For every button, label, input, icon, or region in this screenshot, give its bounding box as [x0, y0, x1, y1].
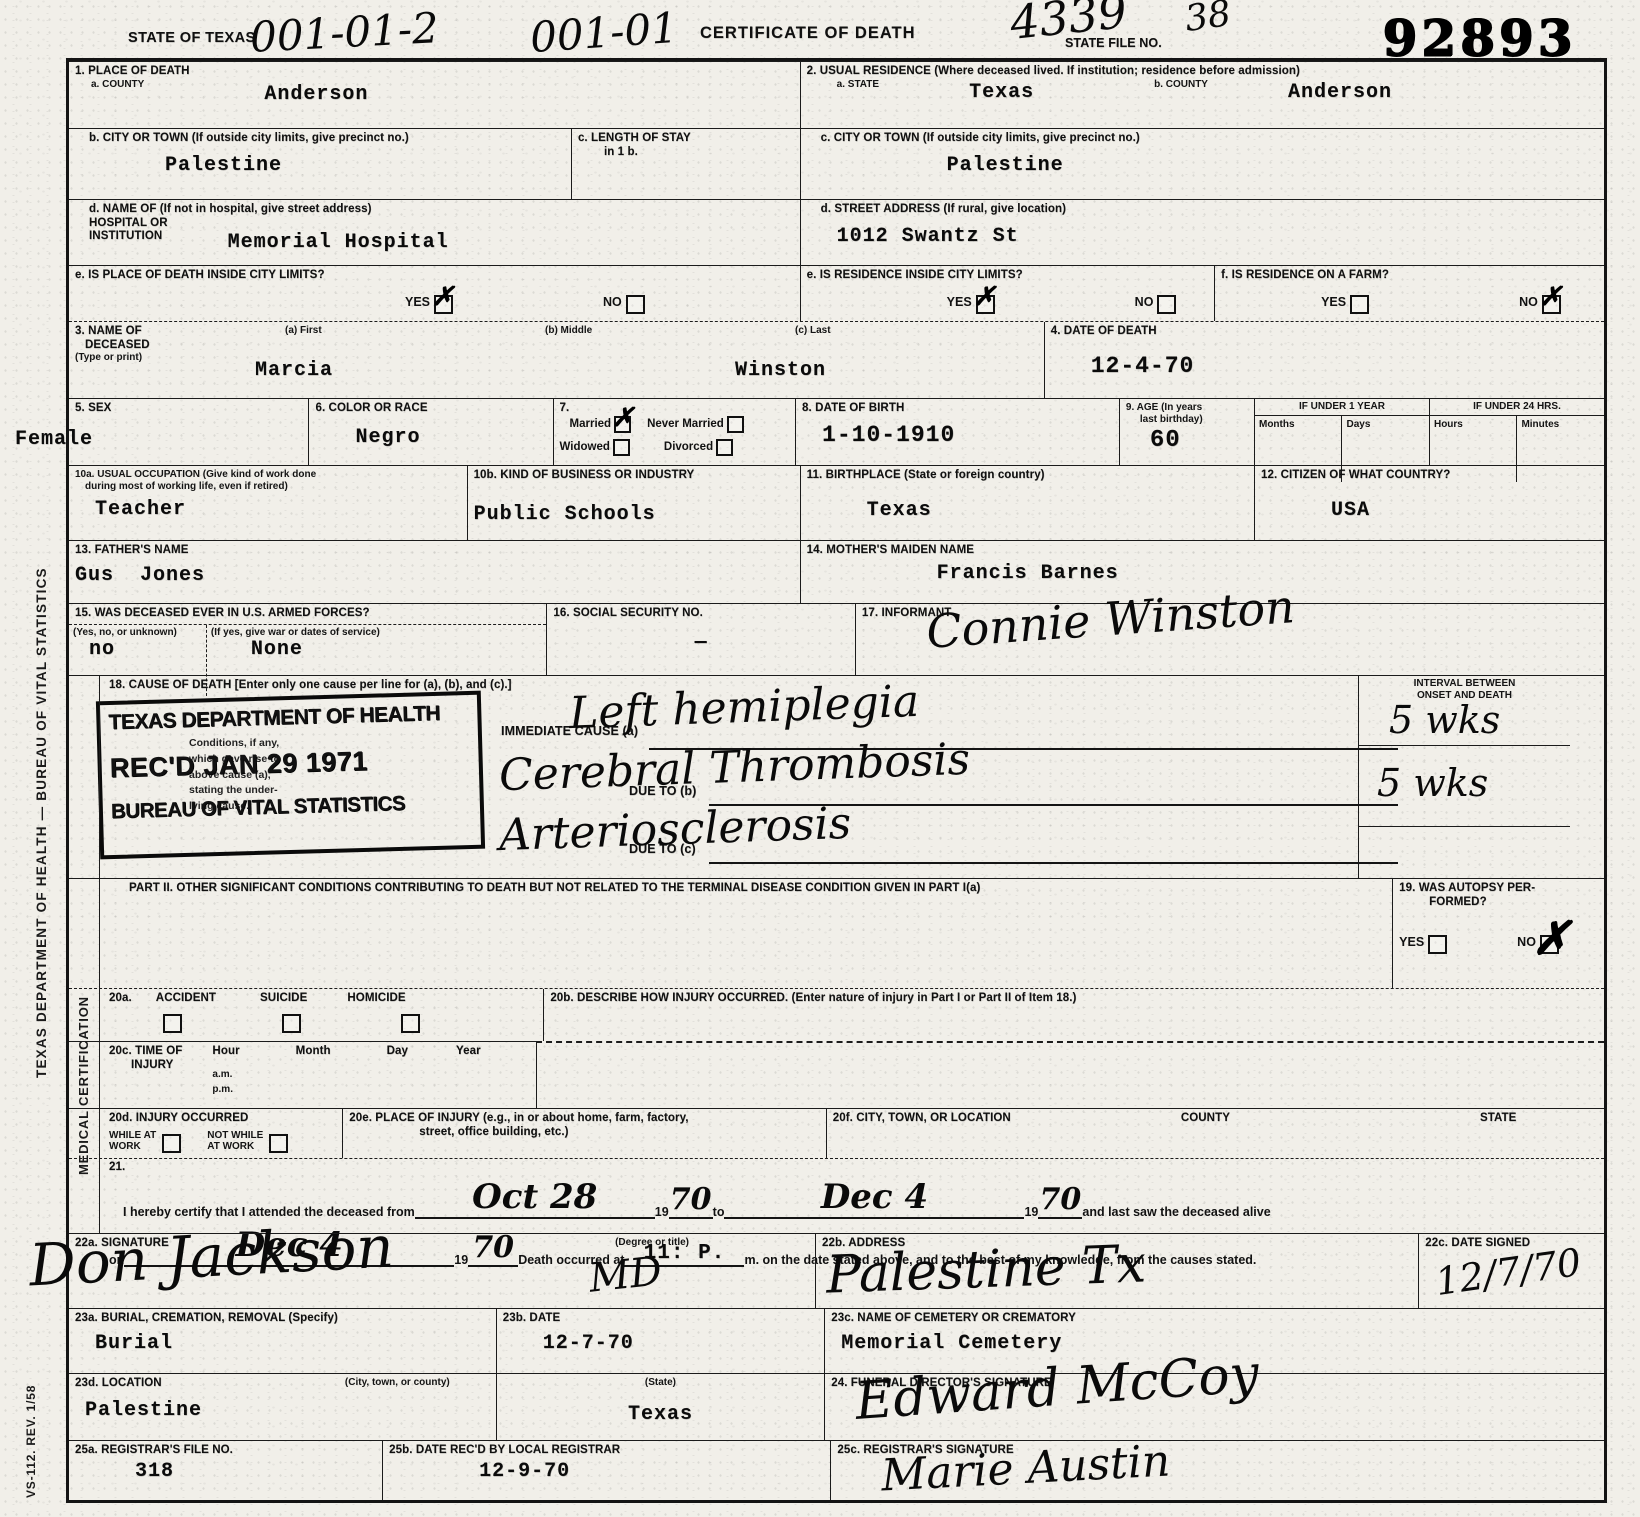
- burial-date-label: 23b. DATE: [503, 1312, 818, 1326]
- injury-county-label: COUNTY: [1181, 1112, 1230, 1126]
- margin-form-number: VS-112. REV. 1/58: [24, 1288, 38, 1498]
- date-of-death-value: 12-4-70: [1091, 353, 1598, 379]
- row-injury-place: 20d. INJURY OCCURRED WHILE AT WORK NOT W…: [69, 1108, 1604, 1158]
- field-residence-farm: f. IS RESIDENCE ON A FARM? YES NO ✗: [1214, 266, 1604, 321]
- sex-value: Female: [15, 428, 302, 451]
- residence-county-label: b. COUNTY: [1154, 79, 1208, 104]
- residence-farm-label: f. IS RESIDENCE ON A FARM?: [1221, 269, 1598, 283]
- field-burial-location-state: (State) Texas: [496, 1374, 824, 1440]
- death-city-label: b. CITY OR TOWN (If outside city limits,…: [89, 132, 565, 146]
- field-describe-injury-cont: [536, 1041, 1604, 1108]
- describe-injury-label: 20b. DESCRIBE HOW INJURY OCCURRED. (Ente…: [550, 992, 1598, 1006]
- row-time-of-injury: 20c. TIME OF INJURY Hour a.m. p.m. Month…: [69, 1041, 1604, 1108]
- race-label: 6. COLOR OR RACE: [315, 402, 546, 416]
- last-name-value: Winston: [735, 359, 831, 382]
- received-stamp: TEXAS DEPARTMENT OF HEALTH REC'D JAN 29 …: [96, 691, 485, 860]
- divorced-label: Divorced: [664, 441, 713, 453]
- row-burial: 23a. BURIAL, CREMATION, REMOVAL (Specify…: [69, 1308, 1604, 1373]
- death-limits-yes-checkbox: ✗: [434, 295, 453, 314]
- field-occupation: 10a. USUAL OCCUPATION (Give kind of work…: [69, 466, 467, 540]
- field-age: 9. AGE (In years last birthday) 60: [1119, 399, 1254, 465]
- f20a-label: 20a.: [109, 992, 132, 1006]
- under-1-year-label: IF UNDER 1 YEAR: [1255, 399, 1429, 416]
- stamp-line2: REC'D JAN 29 1971: [109, 743, 471, 784]
- location-city-value: Palestine: [85, 1399, 490, 1422]
- field-physician-address: 22b. ADDRESS Palestine Tx: [815, 1234, 1418, 1308]
- row-registrar: 25a. REGISTRAR'S FILE NO. 318 25b. DATE …: [69, 1440, 1604, 1500]
- name-label: 3. NAME OF: [75, 325, 225, 339]
- location-state-value: Texas: [503, 1403, 818, 1426]
- suicide-checkbox: [282, 1014, 301, 1033]
- death-city-value: Palestine: [165, 154, 565, 177]
- death-limits-no-label: NO: [603, 295, 622, 314]
- married-mark: ✗: [612, 403, 634, 433]
- length-of-stay-sublabel: in 1 b.: [604, 146, 794, 160]
- not-while-checkbox: [269, 1134, 288, 1153]
- pen-code-right: 001-01: [528, 3, 679, 62]
- from-year-value: 70: [670, 1182, 712, 1217]
- pen-top-right: 38: [1182, 0, 1233, 40]
- accident-label: ACCIDENT: [156, 992, 216, 1006]
- registrar-date-value: 12-9-70: [479, 1460, 824, 1483]
- field-marital-status: 7. Married ✗ Never Married Widowed Divor…: [553, 399, 796, 465]
- field-injury-occurred: 20d. INJURY OCCURRED WHILE AT WORK NOT W…: [69, 1109, 342, 1158]
- age-value: 60: [1150, 427, 1248, 454]
- sex-label: 5. SEX: [75, 402, 302, 416]
- residence-county-value: Anderson: [1288, 81, 1392, 104]
- not-while-label1: NOT WHILE: [207, 1130, 263, 1142]
- attended-from-value: Oct 28: [472, 1177, 597, 1217]
- father-value: Gus Jones: [75, 564, 794, 587]
- to-year-blank: 70: [1038, 1182, 1082, 1219]
- field-informant: 17. INFORMANT Connie Winston: [855, 604, 1604, 675]
- field-if-under-1-year: IF UNDER 1 YEAR Months Days: [1254, 399, 1429, 465]
- place-of-death-label: 1. PLACE OF DEATH: [75, 65, 794, 79]
- armed-forces-sub1: (Yes, no, or unknown): [73, 627, 202, 639]
- suicide-label: SUICIDE: [260, 992, 307, 1006]
- birthplace-label: 11. BIRTHPLACE (State or foreign country…: [807, 469, 1248, 483]
- while-at-work-label2: WORK: [109, 1141, 156, 1153]
- married-checkbox: ✗: [614, 416, 631, 433]
- row-physician-signature: 22a. SIGNATURE (Degree or title) Don Jac…: [69, 1233, 1604, 1308]
- row-accident: 20a. ACCIDENT SUICIDE HOMICIDE 20b. DESC…: [69, 988, 1604, 1041]
- death-city-limits-label: e. IS PLACE OF DEATH INSIDE CITY LIMITS?: [75, 269, 794, 283]
- registrar-file-label: 25a. REGISTRAR'S FILE NO.: [75, 1444, 376, 1458]
- field-date-signed: 22c. DATE SIGNED 12/7/70: [1418, 1234, 1604, 1308]
- mother-label: 14. MOTHER'S MAIDEN NAME: [807, 544, 1598, 558]
- usual-residence-label: 2. USUAL RESIDENCE (Where deceased lived…: [807, 65, 1598, 79]
- residence-state-value: Texas: [969, 81, 1034, 104]
- location-city-sublabel: (City, town, or county): [345, 1377, 450, 1391]
- state-of-texas-label: STATE OF TEXAS: [128, 30, 256, 47]
- interval-label: INTERVAL BETWEEN: [1359, 678, 1570, 690]
- widowed-label: Widowed: [560, 441, 610, 453]
- row-cause-of-death: 18. CAUSE OF DEATH [Enter only one cause…: [69, 675, 1604, 878]
- residence-limits-label: e. IS RESIDENCE INSIDE CITY LIMITS?: [807, 269, 1208, 283]
- never-married-label: Never Married: [647, 418, 724, 430]
- widowed-checkbox: [613, 439, 630, 456]
- field-death-city-limits: e. IS PLACE OF DEATH INSIDE CITY LIMITS?…: [69, 266, 800, 321]
- attended-to-blank: Dec 4: [724, 1177, 1024, 1219]
- name-label3: (Type or print): [75, 352, 225, 364]
- age-label2: last birthday): [1140, 414, 1248, 426]
- from-year-blank: 70: [669, 1182, 713, 1219]
- autopsy-yes-checkbox: [1428, 935, 1447, 954]
- field-name-of-deceased: 3. NAME OF DECEASED (Type or print) (a) …: [69, 322, 1044, 398]
- attended-from-blank: Oct 28: [415, 1177, 655, 1219]
- marital-label: 7.: [560, 402, 790, 416]
- month-label: Month: [296, 1045, 331, 1096]
- burial-date-value: 12-7-70: [543, 1332, 818, 1355]
- birthplace-value: Texas: [867, 499, 1248, 522]
- medical-certification-strip: MEDICAL CERTIFICATION: [69, 675, 100, 1233]
- occupation-label2: during most of working life, even if ret…: [85, 481, 461, 493]
- field-date-of-birth: 8. DATE OF BIRTH 1-10-1910: [795, 399, 1119, 465]
- medical-certification-label: MEDICAL CERTIFICATION: [76, 735, 91, 1175]
- interval-a-value: 5 wks: [1389, 698, 1500, 742]
- physician-degree-value: MD: [587, 1248, 664, 1301]
- death-limits-no-checkbox: [626, 295, 645, 314]
- date-of-death-label: 4. DATE OF DEATH: [1051, 325, 1598, 339]
- hospital-label: d. NAME OF (If not in hospital, give str…: [89, 203, 794, 217]
- while-at-work-checkbox: [162, 1134, 181, 1153]
- residence-limits-no-label: NO: [1135, 295, 1154, 314]
- attended-to-value: Dec 4: [821, 1177, 928, 1217]
- field-residence-city: c. CITY OR TOWN (If outside city limits,…: [800, 129, 1604, 199]
- margin-department-text: TEXAS DEPARTMENT OF HEALTH — BUREAU OF V…: [34, 228, 49, 1078]
- first-name-value: Marcia: [255, 359, 445, 382]
- field-usual-residence: 2. USUAL RESIDENCE (Where deceased lived…: [800, 62, 1604, 128]
- field-describe-injury: 20b. DESCRIBE HOW INJURY OCCURRED. (Ente…: [543, 989, 1604, 1041]
- citizen-label: 12. CITIZEN OF WHAT COUNTRY?: [1261, 469, 1598, 483]
- married-label: Married: [570, 418, 612, 430]
- row-hospital-street: d. NAME OF (If not in hospital, give str…: [69, 199, 1604, 265]
- hour-label: Hour: [212, 1045, 239, 1059]
- hospital-value: Memorial Hospital: [228, 231, 449, 254]
- death-certificate-scan: TEXAS DEPARTMENT OF HEALTH — BUREAU OF V…: [0, 0, 1640, 1517]
- row-part2-autopsy: PART II. OTHER SIGNIFICANT CONDITIONS CO…: [69, 878, 1604, 988]
- homicide-label: HOMICIDE: [347, 992, 405, 1006]
- field-if-under-24-hrs: IF UNDER 24 HRS. Hours Minutes: [1429, 399, 1604, 465]
- field-injury-city: 20f. CITY, TOWN, OR LOCATION COUNTY STAT…: [826, 1109, 1604, 1158]
- farm-yes-label: YES: [1321, 295, 1346, 314]
- business-label: 10b. KIND OF BUSINESS OR INDUSTRY: [474, 469, 794, 483]
- location-state-sublabel: (State): [503, 1377, 818, 1389]
- not-while-label2: AT WORK: [207, 1141, 263, 1153]
- armed-forces-value2: None: [251, 638, 380, 661]
- burial-label: 23a. BURIAL, CREMATION, REMOVAL (Specify…: [75, 1312, 490, 1326]
- ssn-label: 16. SOCIAL SECURITY NO.: [553, 607, 849, 621]
- field-street-address: d. STREET ADDRESS (If rural, give locati…: [800, 200, 1604, 265]
- part2-label: PART II. OTHER SIGNIFICANT CONDITIONS CO…: [129, 882, 1386, 896]
- armed-forces-label: 15. WAS DECEASED EVER IN U.S. ARMED FORC…: [69, 604, 546, 625]
- residence-limits-yes-checkbox: ✗: [976, 295, 995, 314]
- day-label: Day: [387, 1045, 408, 1096]
- field-citizen: 12. CITIZEN OF WHAT COUNTRY? USA: [1254, 466, 1604, 540]
- field-part2: PART II. OTHER SIGNIFICANT CONDITIONS CO…: [69, 879, 1392, 988]
- race-value: Negro: [355, 426, 546, 449]
- row-city-limits: e. IS PLACE OF DEATH INSIDE CITY LIMITS?…: [69, 265, 1604, 321]
- last-name-label: (c) Last: [795, 325, 831, 337]
- location-label: 23d. LOCATION: [75, 1377, 162, 1391]
- pen-code-left: 001-01-2: [249, 3, 440, 62]
- field-birthplace: 11. BIRTHPLACE (State or foreign country…: [800, 466, 1254, 540]
- place-of-injury-label2: street, office building, etc.): [419, 1126, 820, 1140]
- death-limits-yes-mark: ✗: [432, 282, 454, 312]
- field-registrar-file-no: 25a. REGISTRAR'S FILE NO. 318: [69, 1441, 382, 1500]
- occupation-value: Teacher: [95, 498, 461, 521]
- dob-label: 8. DATE OF BIRTH: [802, 402, 1113, 416]
- autopsy-label: 19. WAS AUTOPSY PER-: [1399, 882, 1598, 896]
- residence-state-label: a. STATE: [837, 79, 879, 104]
- field-sex: 5. SEX Female: [69, 399, 308, 465]
- never-married-checkbox: [727, 416, 744, 433]
- hospital-label3: INSTITUTION: [89, 230, 168, 244]
- middle-name-label: (b) Middle: [545, 325, 735, 337]
- state-file-no-label: STATE FILE NO.: [1065, 36, 1162, 51]
- time-injury-label2: INJURY: [131, 1059, 182, 1073]
- to-year-value: 70: [1040, 1182, 1082, 1217]
- row-sex-race-age: 5. SEX Female 6. COLOR OR RACE Negro 7. …: [69, 398, 1604, 465]
- field-death-city: b. CITY OR TOWN (If outside city limits,…: [69, 129, 571, 199]
- residence-city-label: c. CITY OR TOWN (If outside city limits,…: [821, 132, 1598, 146]
- row-burial-location: 23d. LOCATION (City, town, or county) Pa…: [69, 1373, 1604, 1440]
- time-injury-label: 20c. TIME OF: [109, 1045, 182, 1059]
- farm-no-checkbox: ✗: [1542, 295, 1561, 314]
- registrar-file-value: 318: [135, 1460, 376, 1483]
- injury-city-label: 20f. CITY, TOWN, OR LOCATION: [833, 1112, 1011, 1126]
- county-label: a. COUNTY: [91, 79, 144, 106]
- field-burial-date: 23b. DATE 12-7-70: [496, 1309, 824, 1373]
- business-value: Public Schools: [474, 503, 794, 526]
- row-city-town: b. CITY OR TOWN (If outside city limits,…: [69, 128, 1604, 199]
- field-accident-suicide-homicide: 20a. ACCIDENT SUICIDE HOMICIDE: [69, 989, 543, 1041]
- field-business-industry: 10b. KIND OF BUSINESS OR INDUSTRY Public…: [467, 466, 800, 540]
- field-registrar-date: 25b. DATE REC'D BY LOCAL REGISTRAR 12-9-…: [382, 1441, 830, 1500]
- burial-value: Burial: [95, 1332, 490, 1355]
- street-address-value: 1012 Swantz St: [837, 225, 1598, 248]
- cemetery-label: 23c. NAME OF CEMETERY OR CREMATORY: [831, 1312, 1598, 1326]
- death-limits-yes-label: YES: [405, 295, 430, 314]
- field-burial-location-city: 23d. LOCATION (City, town, or county) Pa…: [69, 1374, 496, 1440]
- field-burial: 23a. BURIAL, CREMATION, REMOVAL (Specify…: [69, 1309, 496, 1373]
- row-forces-ssn-informant: 15. WAS DECEASED EVER IN U.S. ARMED FORC…: [69, 603, 1604, 675]
- residence-limits-yes-label: YES: [947, 295, 972, 314]
- field-registrar-signature: 25c. REGISTRAR'S SIGNATURE Marie Austin: [830, 1441, 1604, 1500]
- to-year-prefix: 19: [1024, 1205, 1038, 1219]
- farm-no-mark: ✗: [1540, 282, 1562, 312]
- am-label: a.m.: [212, 1069, 239, 1081]
- autopsy-yes-label: YES: [1399, 935, 1424, 954]
- row-name-deceased: 3. NAME OF DECEASED (Type or print) (a) …: [69, 321, 1604, 398]
- age-label: 9. AGE (In years: [1126, 402, 1248, 414]
- row-occupation: 10a. USUAL OCCUPATION (Give kind of work…: [69, 465, 1604, 540]
- residence-limits-no-checkbox: [1157, 295, 1176, 314]
- field-place-of-death: 1. PLACE OF DEATH a. COUNTY Anderson: [69, 62, 800, 128]
- ssn-value: —: [553, 631, 849, 654]
- field-hospital: d. NAME OF (If not in hospital, give str…: [69, 200, 800, 265]
- field-color-or-race: 6. COLOR OR RACE Negro: [308, 399, 552, 465]
- injury-occurred-label: 20d. INJURY OCCURRED: [109, 1112, 336, 1126]
- county-value: Anderson: [264, 83, 368, 106]
- armed-forces-sub2: (If yes, give war or dates of service): [211, 627, 380, 639]
- year-label: Year: [456, 1045, 481, 1096]
- field-ssn: 16. SOCIAL SECURITY NO. —: [546, 604, 855, 675]
- field-residence-city-limits: e. IS RESIDENCE INSIDE CITY LIMITS? YES …: [800, 266, 1214, 321]
- residence-city-value: Palestine: [947, 154, 1598, 177]
- field-date-of-death: 4. DATE OF DEATH 12-4-70: [1044, 322, 1604, 398]
- while-at-work-label1: WHILE AT: [109, 1130, 156, 1142]
- farm-no-label: NO: [1519, 295, 1538, 314]
- certify-text-2: and last saw the deceased alive: [1082, 1205, 1270, 1219]
- field-autopsy: 19. WAS AUTOPSY PER- FORMED? YES NO ✗: [1392, 879, 1604, 988]
- stamp-line3: BUREAU OF VITAL STATISTICS: [111, 790, 473, 824]
- injury-state-label: STATE: [1480, 1112, 1517, 1126]
- autopsy-label2: FORMED?: [1429, 896, 1598, 910]
- to-word: to: [713, 1205, 725, 1219]
- field-length-of-stay: c. LENGTH OF STAY in 1 b.: [571, 129, 800, 199]
- field-funeral-director: 24. FUNERAL DIRECTOR'S SIGNATURE Edward …: [824, 1374, 1604, 1440]
- first-name-label: (a) First: [285, 325, 445, 337]
- field-time-of-injury: 20c. TIME OF INJURY Hour a.m. p.m. Month…: [69, 1041, 536, 1108]
- certificate-title: CERTIFICATE OF DEATH: [700, 24, 916, 43]
- certificate-form: MEDICAL CERTIFICATION 1. PLACE OF DEATH …: [66, 58, 1607, 1503]
- registrar-date-label: 25b. DATE REC'D BY LOCAL REGISTRAR: [389, 1444, 824, 1458]
- hospital-label2: HOSPITAL OR: [89, 217, 168, 231]
- place-of-injury-label: 20e. PLACE OF INJURY (e.g., in or about …: [349, 1112, 820, 1126]
- field-armed-forces: 15. WAS DECEASED EVER IN U.S. ARMED FORC…: [69, 604, 546, 675]
- certify-item-number: 21.: [109, 1161, 1596, 1175]
- field-place-of-injury: 20e. PLACE OF INJURY (e.g., in or about …: [342, 1109, 826, 1158]
- father-label: 13. FATHER'S NAME: [75, 544, 794, 558]
- field-father-name: 13. FATHER'S NAME Gus Jones: [69, 541, 800, 603]
- autopsy-no-checkbox: ✗: [1540, 935, 1559, 954]
- length-of-stay-label: c. LENGTH OF STAY: [578, 132, 794, 146]
- field-cause-of-death: 18. CAUSE OF DEATH [Enter only one cause…: [69, 676, 1604, 878]
- field-physician-signature: 22a. SIGNATURE (Degree or title) Don Jac…: [69, 1234, 815, 1308]
- occupation-label: 10a. USUAL OCCUPATION (Give kind of work…: [75, 469, 461, 481]
- from-year-prefix: 19: [655, 1205, 669, 1219]
- street-address-label: d. STREET ADDRESS (If rural, give locati…: [821, 203, 1598, 217]
- homicide-checkbox: [401, 1014, 420, 1033]
- under-24-hrs-label: IF UNDER 24 HRS.: [1430, 399, 1604, 416]
- divorced-checkbox: [716, 439, 733, 456]
- citizen-value: USA: [1331, 499, 1598, 522]
- residence-limits-yes-mark: ✗: [974, 282, 996, 312]
- armed-forces-value1: no: [89, 638, 202, 661]
- autopsy-no-mark: ✗: [1532, 911, 1571, 965]
- row-parents: 13. FATHER'S NAME Gus Jones 14. MOTHER'S…: [69, 540, 1604, 603]
- dob-value: 1-10-1910: [822, 422, 1113, 448]
- row-place-residence: 1. PLACE OF DEATH a. COUNTY Anderson 2. …: [69, 61, 1604, 128]
- physician-address-value: Palestine Tx: [825, 1234, 1147, 1305]
- pm-label: p.m.: [212, 1084, 239, 1096]
- stamp-line1: TEXAS DEPARTMENT OF HEALTH: [108, 701, 470, 735]
- farm-yes-checkbox: [1350, 295, 1369, 314]
- name-label2: DECEASED: [85, 339, 225, 353]
- accident-checkbox: [163, 1014, 182, 1033]
